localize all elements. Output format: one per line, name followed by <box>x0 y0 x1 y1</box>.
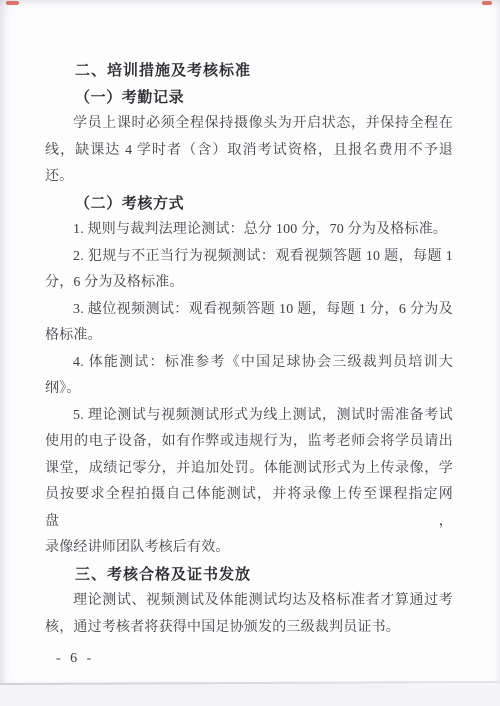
text-line: 员按要求全程拍摄自己体能测试，并将录像上传至课程指定网盘， <box>45 482 453 535</box>
section-heading: （一）考勤记录 <box>45 85 453 112</box>
text-line: 格标准。 <box>45 323 453 350</box>
page-number: - 6 - <box>56 651 94 667</box>
text-line: 4. 体能测试：标准参考《中国足球协会三级裁判员培训大纲》。 <box>45 350 453 403</box>
text-line: 使用的电子设备，如有作弊或违规行为，监考老师会将学员请出 <box>45 429 453 456</box>
text-line: 录像经讲师团队考核后有效。 <box>45 535 453 562</box>
document-page: 二、培训措施及考核标准（一）考勤记录学员上课时必须全程保持摄像头为开启状态，并保… <box>0 0 500 684</box>
scanned-document: { "colors": { "paper": "#fdfdfe", "outsi… <box>0 0 500 706</box>
text-line: 1. 规则与裁判法理论测试：总分 100 分，70 分为及格标准。 <box>45 217 453 244</box>
section-heading: 二、培训措施及考核标准 <box>45 58 453 85</box>
text-line: 理论测试、视频测试及体能测试均达及格标准者才算通过考 <box>45 588 453 615</box>
text-line: 3. 越位视频测试：观看视频答题 10 题，每题 1 分，6 分为及 <box>45 297 453 324</box>
text-line: 2. 犯规与不正当行为视频测试：观看视频答题 10 题，每题 1 <box>45 244 453 271</box>
text-line: 分，6 分为及格标准。 <box>45 270 453 297</box>
text-line: 课堂，成绩记零分，并追加处罚。体能测试形式为上传录像，学 <box>45 456 453 483</box>
document-content: 二、培训措施及考核标准（一）考勤记录学员上课时必须全程保持摄像头为开启状态，并保… <box>0 0 500 641</box>
text-line: 5. 理论测试与视频测试形式为线上测试，测试时需准备考试 <box>45 403 453 430</box>
section-heading: 三、考核合格及证书发放 <box>45 562 453 589</box>
text-line: 核，通过考核者将获得中国足协颁发的三级裁判员证书。 <box>45 615 453 642</box>
section-heading: （二）考核方式 <box>45 191 453 218</box>
text-line: 线，缺课达 4 学时者（含）取消考试资格，且报名费用不予退还。 <box>45 138 453 191</box>
text-line: 学员上课时必须全程保持摄像头为开启状态，并保持全程在 <box>45 111 453 138</box>
